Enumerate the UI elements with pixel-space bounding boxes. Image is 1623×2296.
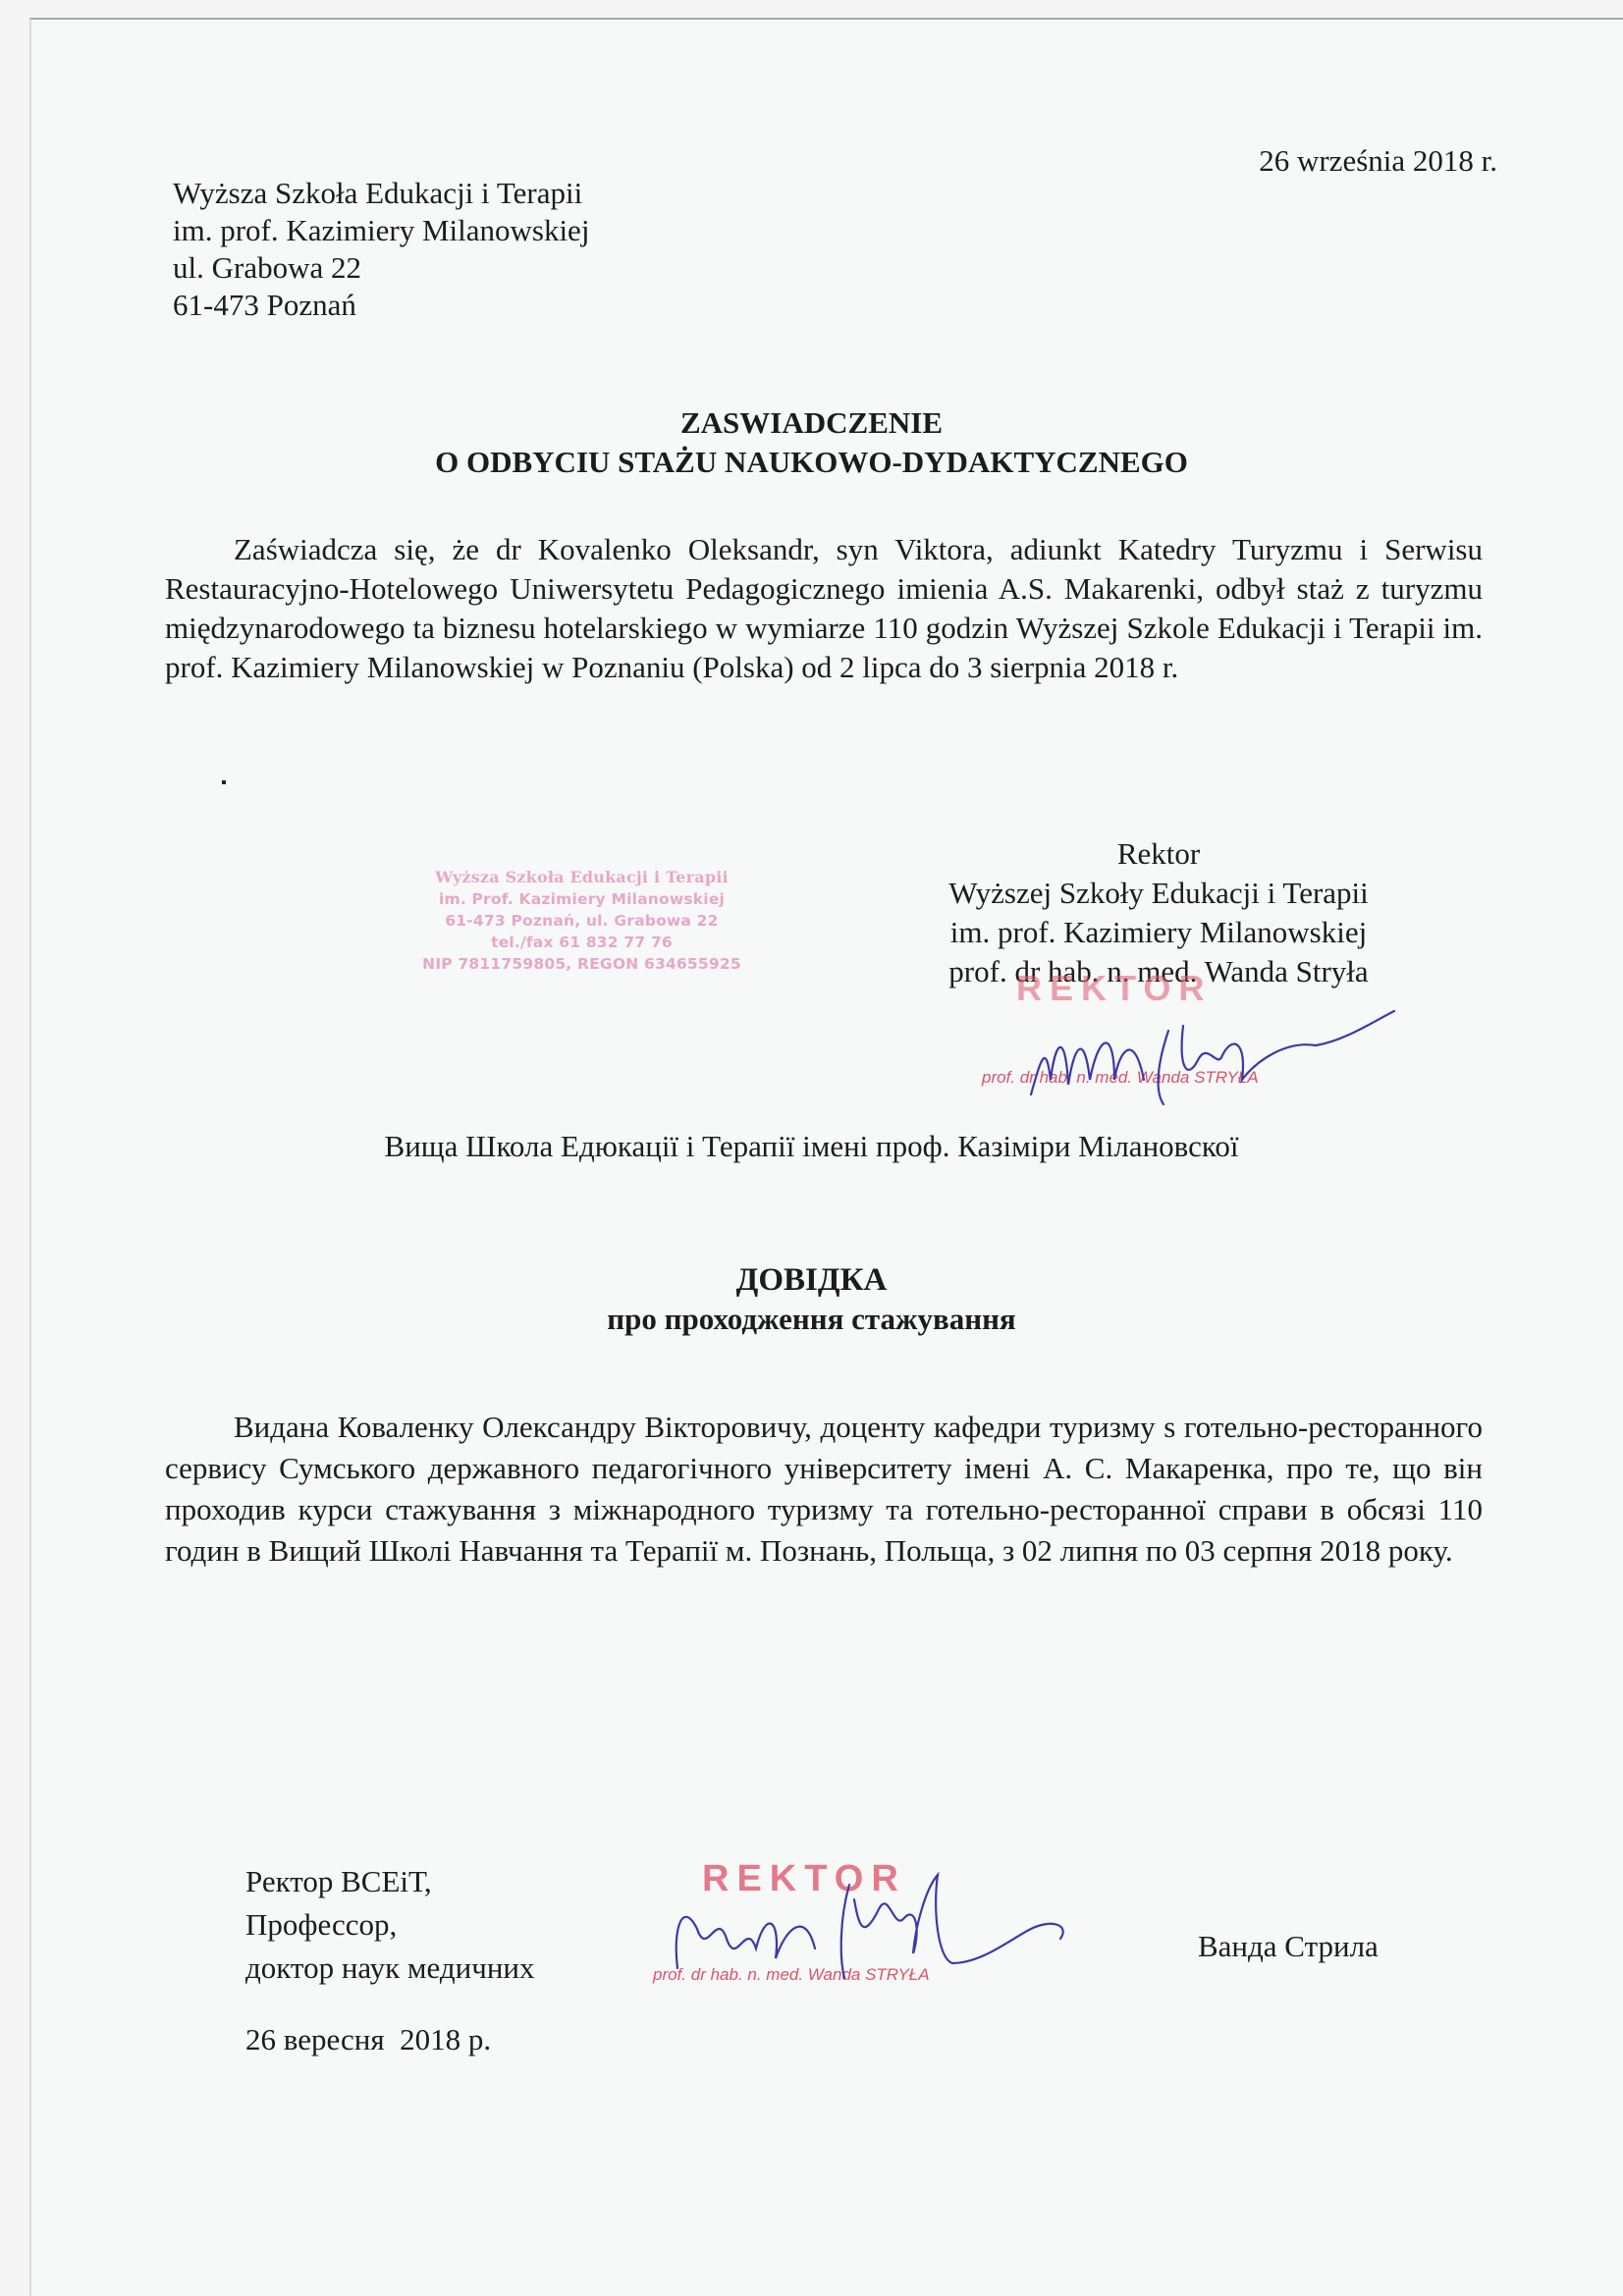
address-line: Wyższa Szkoła Edukacji i Terapii	[173, 175, 589, 212]
institution-stamp: Wyższa Szkoła Edukacji i Terapii im. Pro…	[373, 867, 790, 975]
signatory-line: Wyższej Szkoły Edukacji i Terapii	[864, 874, 1453, 913]
certificate-title: ZASWIADCZENIE	[0, 404, 1623, 442]
signatory-line: Rektor	[864, 834, 1453, 874]
address-line: im. prof. Kazimiery Milanowskiej	[173, 212, 589, 249]
stamp-line: 61-473 Poznań, ul. Grabowa 22	[373, 910, 790, 932]
ukrainian-institution-title: Вища Школа Едюкації і Терапії імені проф…	[0, 1129, 1623, 1164]
address-line: 61-473 Poznań	[173, 287, 589, 324]
signatory-name-ua: Ванда Стрила	[1198, 1929, 1379, 1964]
sender-address: Wyższa Szkoła Edukacji i Terapii im. pro…	[173, 175, 589, 324]
address-line: ul. Grabowa 22	[173, 249, 589, 287]
signatory-line: im. prof. Kazimiery Milanowskiej	[864, 913, 1453, 952]
stray-dot	[222, 780, 226, 784]
reference-subtitle: про проходження стажування	[0, 1301, 1623, 1338]
stamp-line: Wyższa Szkoła Edukacji i Terapii	[373, 867, 790, 888]
stamp-line: NIP 7811759805, REGON 634655925	[373, 953, 790, 975]
certificate-body-ua: Видана Коваленку Олександру Вікторовичу,…	[165, 1407, 1483, 1572]
document-date-ua: 26 вересня 2018 р.	[245, 2022, 491, 2057]
stamp-line: tel./fax 61 832 77 76	[373, 932, 790, 953]
signatory-line: Ректор ВСЕіТ,	[245, 1860, 535, 1903]
signature-ua	[658, 1870, 1168, 1983]
certificate-body-pl: Zaświadcza się, że dr Kovalenko Oleksand…	[165, 530, 1483, 687]
certificate-subtitle: O ODBYCIU STAŻU NAUKOWO-DYDAKTYCZNEGO	[0, 444, 1623, 481]
signature-pl	[1021, 1001, 1414, 1109]
signatory-line: Професcор,	[245, 1903, 535, 1947]
stamp-line: im. Prof. Kazimiery Milanowskiej	[373, 888, 790, 910]
document-date: 26 września 2018 r.	[1259, 142, 1497, 180]
signatory-block-ua: Ректор ВСЕіТ, Професcор, доктор наук мед…	[245, 1860, 535, 1990]
reference-title: ДОВІДКА	[0, 1261, 1623, 1299]
signatory-line: доктор наук медичних	[245, 1947, 535, 1990]
reference-body-text: Видана Коваленку Олександру Вікторовичу,…	[165, 1410, 1483, 1568]
certificate-body-text: Zaświadcza się, że dr Kovalenko Oleksand…	[165, 532, 1483, 684]
